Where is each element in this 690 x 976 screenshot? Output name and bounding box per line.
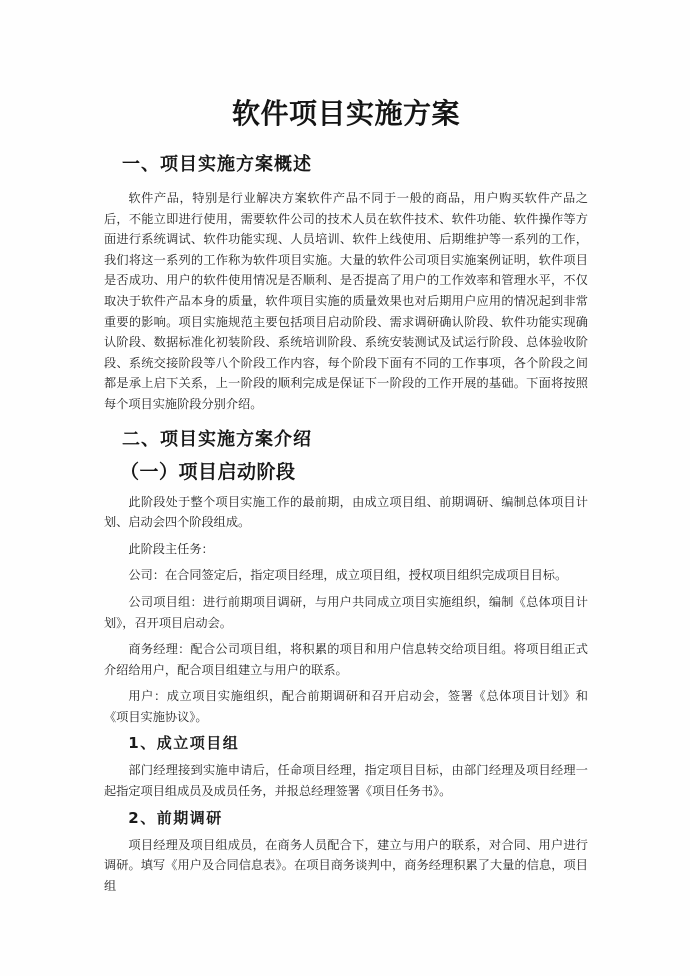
subsection-heading-startup-stage: （一）项目启动阶段: [104, 459, 588, 486]
startup-stage-paragraph: 此阶段处于整个项目实施工作的最前期，由成立项目组、前期调研、编制总体项目计划、启…: [104, 492, 588, 533]
task-company-group-paragraph: 公司项目组：进行前期项目调研，与用户共同成立项目实施组织，编制《总体项目计划》，…: [104, 592, 588, 633]
task-business-manager-paragraph: 商务经理：配合公司项目组，将积累的项目和用户信息转交给项目组。将项目组正式介绍给…: [104, 639, 588, 680]
document-page: 软件项目实施方案 一、项目实施方案概述 软件产品，特别是行业解决方案软件产品不同…: [0, 0, 690, 976]
document-title: 软件项目实施方案: [104, 97, 588, 130]
overview-paragraph: 软件产品，特别是行业解决方案软件产品不同于一般的商品，用户购买软件产品之后，不能…: [104, 188, 588, 415]
item-heading-preliminary-research: 2、前期调研: [104, 808, 588, 829]
task-company-paragraph: 公司：在合同签定后，指定项目经理，成立项目组，授权项目组织完成项目目标。: [104, 565, 588, 586]
stage-main-tasks-label: 此阶段主任务：: [104, 539, 588, 560]
page-content: 软件项目实施方案 一、项目实施方案概述 软件产品，特别是行业解决方案软件产品不同…: [0, 0, 690, 896]
section-heading-overview: 一、项目实施方案概述: [104, 152, 588, 177]
preliminary-research-paragraph: 项目经理及项目组成员，在商务人员配合下，建立与用户的联系，对合同、用户进行调研。…: [104, 835, 588, 897]
section-heading-intro: 二、项目实施方案介绍: [104, 427, 588, 452]
task-user-paragraph: 用户：成立项目实施组织，配合前期调研和召开启动会，签署《总体项目计划》和《项目实…: [104, 686, 588, 727]
item-heading-form-project-team: 1、成立项目组: [104, 733, 588, 754]
form-project-team-paragraph: 部门经理接到实施申请后，任命项目经理，指定项目目标，由部门经理及项目经理一起指定…: [104, 760, 588, 801]
